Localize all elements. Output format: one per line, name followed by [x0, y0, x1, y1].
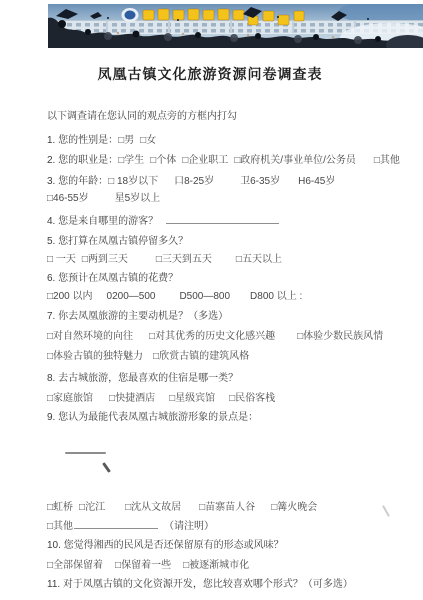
- question-8: 8. 去古城旅游，您最喜欢的住宿是哪一类？: [47, 373, 409, 385]
- checkbox-option[interactable]: □家庭旅馆: [47, 393, 93, 404]
- checkbox-option[interactable]: □三天到五天: [156, 254, 212, 265]
- checkbox-option[interactable]: □五天以上: [236, 254, 282, 265]
- stray-mark-line: [65, 452, 106, 454]
- question-label: 11. 对于凤凰古镇的文化资源开发，您比较喜欢哪个形式？（可多选）: [47, 579, 353, 590]
- questionnaire-page: 凤凰古镇文化旅游资源问卷调查表 以下调查请在您认同的观点旁的方框内打勾 1. 您…: [0, 0, 423, 600]
- checkbox-option[interactable]: □体验古镇的独特魅力: [47, 351, 143, 362]
- stray-mark-tick: [102, 462, 111, 473]
- questionnaire-body: 凤凰古镇文化旅游资源问卷调查表 以下调查请在您认同的观点旁的方框内打勾 1. 您…: [47, 0, 409, 591]
- checkbox-option[interactable]: □全部保留着: [47, 560, 103, 571]
- checkbox-option[interactable]: H6-45岁: [298, 176, 335, 187]
- checkbox-option[interactable]: □其他: [374, 155, 400, 166]
- checkbox-option[interactable]: D500—800: [179, 291, 230, 302]
- checkbox-option[interactable]: □欣赏古镇的建筑风格: [153, 351, 249, 362]
- question-7-options-row2: □体验古镇的独特魅力□欣赏古镇的建筑风格: [47, 351, 409, 363]
- checkbox-option[interactable]: □200 以内: [47, 291, 93, 302]
- checkbox-option[interactable]: □沱江: [79, 502, 105, 513]
- checkbox-option-other[interactable]: □其他: [47, 521, 73, 532]
- question-5: 5. 您打算在凤凰古镇停留多久？: [47, 236, 409, 248]
- checkbox-option[interactable]: □两到三天: [82, 254, 128, 265]
- checkbox-option[interactable]: □企业职工: [182, 155, 228, 166]
- question-2: 2. 您的职业是：□学生□个体□企业职工□政府机关/事业单位/公务员□其他: [47, 155, 409, 167]
- question-label: 10. 您觉得湘西的民风是否还保留原有的形态或风味？: [47, 540, 284, 551]
- question-9: 9. 您认为最能代表凤凰古城旅游形象的景点是：: [47, 412, 409, 424]
- checkbox-option[interactable]: □虹桥: [47, 502, 73, 513]
- checkbox-option[interactable]: □46-55岁: [47, 193, 89, 204]
- checkbox-option[interactable]: □对其优秀的历史文化感兴趣: [149, 331, 275, 342]
- question-label: 8. 去古城旅游，您最喜欢的住宿是哪一类？: [47, 373, 238, 384]
- checkbox-option[interactable]: □政府机关/事业单位/公务员: [234, 155, 356, 166]
- question-5-options: □ 一天□两到三天□三天到五天□五天以上: [47, 254, 409, 266]
- checkbox-option[interactable]: □个体: [150, 155, 176, 166]
- question-10-options: □全部保留着□保留着一些□被逐渐城市化: [47, 560, 409, 572]
- checkbox-option[interactable]: □对自然环境的向往: [47, 331, 133, 342]
- question-label: 9. 您认为最能代表凤凰古城旅游形象的景点是：: [47, 412, 258, 423]
- checkbox-option[interactable]: □女: [140, 135, 156, 146]
- other-note: （请注明）: [164, 521, 214, 532]
- checkbox-option[interactable]: □体验少数民族风情: [297, 331, 383, 342]
- checkbox-option[interactable]: □苗寨苗人谷: [199, 502, 255, 513]
- question-7: 7. 你去凤凰旅游的主要动机是？（多选）: [47, 311, 409, 323]
- question-9-options: □虹桥□沱江□沈从文故居□苗寨苗人谷□篝火晚会: [47, 502, 409, 514]
- checkbox-option[interactable]: 口8-25岁: [174, 176, 214, 187]
- question-10: 10. 您觉得湘西的民风是否还保留原有的形态或风味？: [47, 540, 409, 552]
- checkbox-option[interactable]: 0200—500: [107, 291, 156, 302]
- checkbox-option[interactable]: □保留着一些: [115, 560, 171, 571]
- checkbox-option[interactable]: □民俗客栈: [229, 393, 275, 404]
- checkbox-option[interactable]: □被逐渐城市化: [183, 560, 249, 571]
- checkbox-option[interactable]: □ 一天: [47, 254, 76, 265]
- question-1: 1. 您的性别是：□男□女: [47, 135, 409, 147]
- checkbox-option[interactable]: □学生: [118, 155, 144, 166]
- question-label: 5. 您打算在凤凰古镇停留多久？: [47, 236, 188, 247]
- answer-blank-line[interactable]: [166, 214, 279, 224]
- checkbox-option[interactable]: □快捷酒店: [109, 393, 155, 404]
- question-label: 7. 你去凤凰旅游的主要动机是？（多选）: [47, 311, 228, 322]
- scan-artifact-zone: [47, 424, 409, 502]
- question-11: 11. 对于凤凰古镇的文化资源开发，您比较喜欢哪个形式？（可多选）: [47, 579, 409, 591]
- checkbox-option[interactable]: □ 18岁以下: [108, 176, 158, 187]
- checkbox-option[interactable]: □沈从文故居: [125, 502, 181, 513]
- question-label: 2. 您的职业是：: [47, 155, 118, 166]
- question-9-other: □其他（请注明）: [47, 519, 409, 533]
- question-label: 4. 您是来自哪里的游客？: [47, 216, 158, 227]
- checkbox-option[interactable]: 卫6-35岁: [240, 176, 280, 187]
- question-6: 6. 您预计在凤凰古镇的花费？: [47, 273, 409, 285]
- question-4: 4. 您是来自哪里的游客？: [47, 214, 409, 228]
- checkbox-option[interactable]: □篝火晚会: [271, 502, 317, 513]
- checkbox-option[interactable]: D800 以上 :: [250, 291, 302, 302]
- checkbox-option[interactable]: 星5岁以上: [115, 193, 161, 204]
- question-6-options: □200 以内0200—500D500—800D800 以上 :: [47, 291, 409, 303]
- page-title: 凤凰古镇文化旅游资源问卷调查表: [47, 66, 373, 82]
- question-3-row2: □46-55岁星5岁以上: [47, 193, 409, 205]
- instruction-text: 以下调查请在您认同的观点旁的方框内打勾: [47, 111, 409, 123]
- checkbox-option[interactable]: □男: [118, 135, 134, 146]
- question-7-options-row1: □对自然环境的向往□对其优秀的历史文化感兴趣□体验少数民族风情: [47, 331, 409, 343]
- question-8-options: □家庭旅馆□快捷酒店□星级宾馆□民俗客栈: [47, 393, 409, 405]
- checkbox-option[interactable]: □星级宾馆: [169, 393, 215, 404]
- question-label: 1. 您的性别是：: [47, 135, 118, 146]
- question-3: 3. 您的年龄：□ 18岁以下口8-25岁卫6-35岁H6-45岁: [47, 176, 409, 188]
- other-blank-line[interactable]: [74, 519, 158, 529]
- question-label: 3. 您的年龄：: [47, 176, 108, 187]
- question-label: 6. 您预计在凤凰古镇的花费？: [47, 273, 178, 284]
